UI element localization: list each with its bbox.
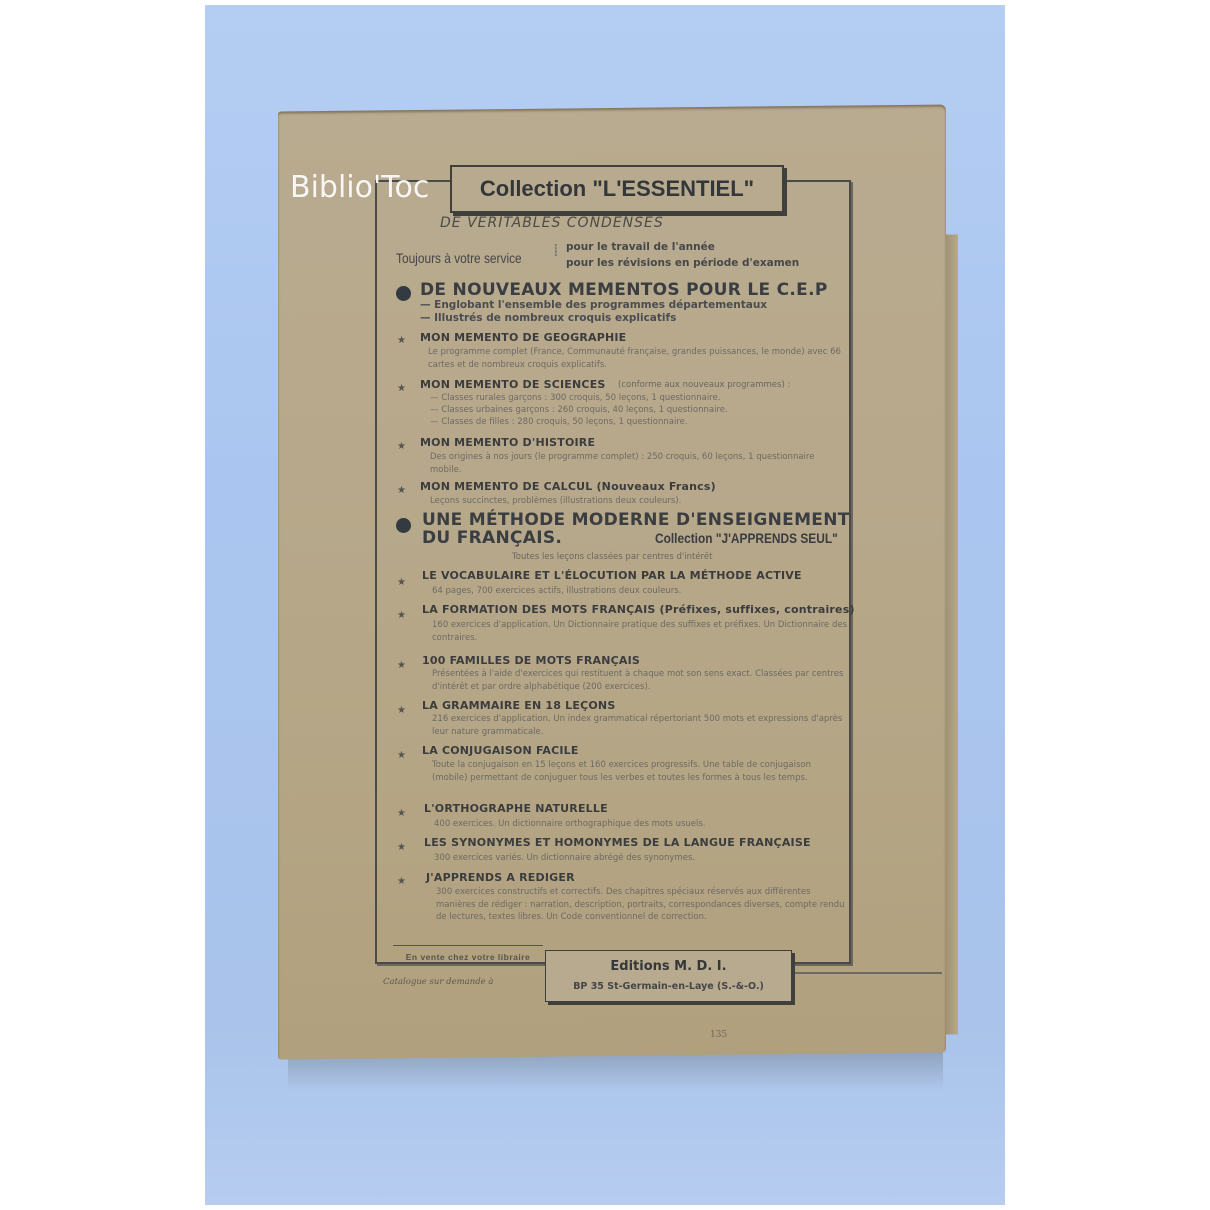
item-title: MON MEMENTO DE SCIENCES: [420, 378, 606, 391]
item-title: MON MEMENTO DE CALCUL (Nouveaux Francs): [420, 480, 716, 493]
catalogue-note: Catalogue sur demande à: [383, 977, 493, 987]
publisher-address: BP 35 St-Germain-en-Laye (S.-&-O.): [546, 981, 791, 992]
star-bullet-icon: ★: [397, 610, 406, 621]
section2-heading-line2: DU FRANÇAIS.: [422, 528, 562, 548]
section1-bullet: — Illustrés de nombreux croquis explicat…: [420, 312, 676, 325]
collection-title: Collection "L'ESSENTIEL": [480, 176, 754, 202]
star-bullet-icon: ★: [397, 335, 406, 346]
item-desc: Présentées à l'aide d'exercices qui rest…: [432, 668, 847, 693]
star-bullet-icon: ★: [397, 876, 406, 887]
item-desc: 400 exercices. Un dictionnaire orthograp…: [434, 818, 849, 831]
item-note: (conforme aux nouveaux programmes) :: [618, 380, 790, 390]
service-line: pour les révisions en période d'examen: [566, 255, 799, 271]
item-title: LA CONJUGAISON FACILE: [422, 744, 579, 757]
item-desc: Leçons succinctes, problèmes (illustrati…: [430, 495, 845, 508]
item-desc: Des origines à nos jours (le programme c…: [430, 451, 845, 476]
item-desc: Toute la conjugaison en 15 leçons et 160…: [432, 759, 847, 784]
collection-title-box: Collection "L'ESSENTIEL": [450, 165, 784, 213]
service-line: pour le travail de l'année: [566, 239, 799, 255]
subtitle: DE VÉRITABLES CONDENSÉS: [440, 215, 664, 231]
bullet-dot-icon: [396, 518, 411, 533]
item-desc: Le programme complet (France, Communauté…: [428, 346, 843, 371]
publisher-name: Editions M. D. I.: [546, 959, 791, 974]
service-label: Toujours à votre service: [396, 250, 522, 266]
item-title: J'APPRENDS A REDIGER: [426, 871, 575, 884]
brace-separator: ⁞: [553, 240, 559, 261]
item-desc: 216 exercices d'application. Un index gr…: [432, 713, 847, 738]
item-desc: 300 exercices variés. Un dictionnaire ab…: [434, 852, 849, 865]
section2-intro: Toutes les leçons classées par centres d…: [512, 552, 712, 562]
star-bullet-icon: ★: [397, 485, 406, 496]
star-bullet-icon: ★: [397, 383, 406, 394]
item-title: MON MEMENTO DE GEOGRAPHIE: [420, 331, 626, 344]
section1-heading: DE NOUVEAUX MEMENTOS POUR LE C.E.P: [420, 280, 828, 300]
star-bullet-icon: ★: [397, 441, 406, 452]
item-title: 100 FAMILLES DE MOTS FRANÇAIS: [422, 654, 640, 667]
item-title: L'ORTHOGRAPHE NATURELLE: [424, 802, 608, 815]
item-desc: 300 exercices constructifs et correctifs…: [436, 886, 851, 924]
item-title: LA GRAMMAIRE EN 18 LEÇONS: [422, 699, 615, 712]
star-bullet-icon: ★: [397, 577, 406, 588]
section2-collection: Collection "J'APPRENDS SEUL": [655, 530, 838, 546]
star-bullet-icon: ★: [397, 660, 406, 671]
item-desc: — Classes rurales garçons : 300 croquis,…: [430, 392, 845, 405]
star-bullet-icon: ★: [397, 842, 406, 853]
star-bullet-icon: ★: [397, 705, 406, 716]
section1-bullet: — Englobant l'ensemble des programmes dé…: [420, 299, 767, 312]
star-bullet-icon: ★: [397, 808, 406, 819]
item-desc: 160 exercices d'application. Un Dictionn…: [432, 619, 847, 644]
footer-rule: [795, 972, 942, 974]
item-desc: — Classes de filles : 280 croquis, 50 le…: [430, 416, 845, 429]
item-title: LE VOCABULAIRE ET L'ÉLOCUTION PAR LA MÉT…: [422, 569, 802, 582]
watermark-logo: Biblio'Toc: [290, 170, 429, 205]
item-desc: 64 pages, 700 exercices actifs, illustra…: [432, 585, 847, 598]
service-lines: pour le travail de l'année pour les révi…: [566, 239, 799, 271]
item-desc: — Classes urbaines garçons : 260 croquis…: [430, 404, 845, 417]
item-title: MON MEMENTO D'HISTOIRE: [420, 436, 595, 449]
pencil-mark: 135: [710, 1030, 727, 1040]
star-bullet-icon: ★: [397, 750, 406, 761]
publisher-box: Editions M. D. I. BP 35 St-Germain-en-La…: [545, 950, 792, 1002]
bullet-dot-icon: [396, 286, 411, 301]
section2-heading-line1: UNE MÉTHODE MODERNE D'ENSEIGNEMENT: [422, 510, 850, 530]
spine-edge: [946, 234, 958, 1034]
vente-label: En vente chez votre libraire: [393, 945, 543, 968]
item-title: LES SYNONYMES ET HOMONYMES DE LA LANGUE …: [424, 836, 811, 849]
item-title: LA FORMATION DES MOTS FRANÇAIS (Préfixes…: [422, 603, 855, 616]
